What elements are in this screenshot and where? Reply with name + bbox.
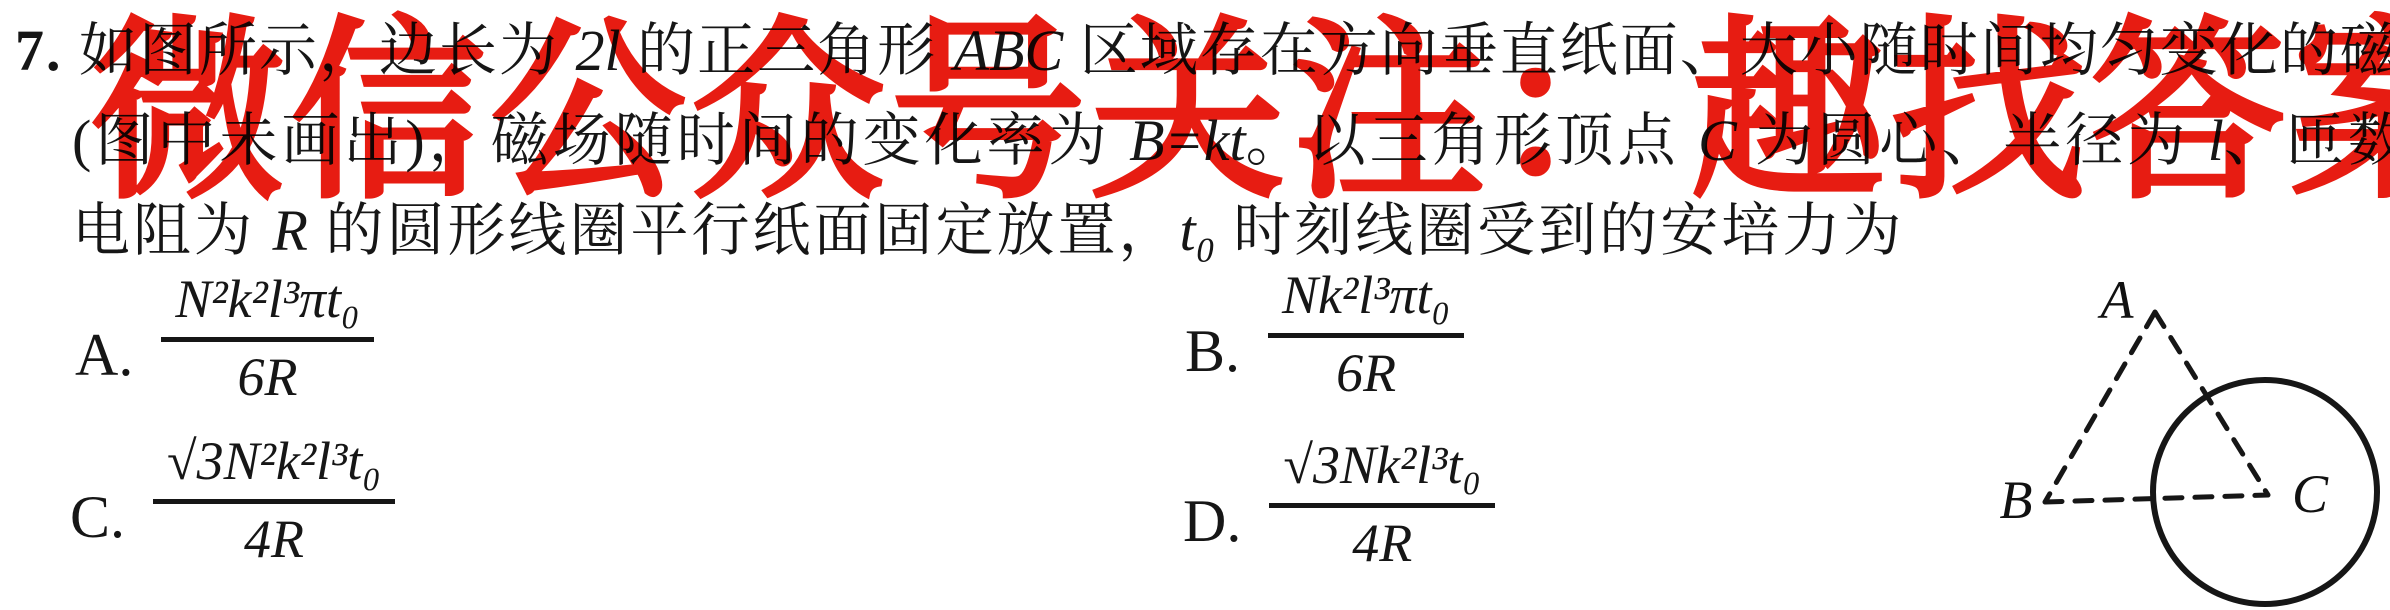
option-d-denominator: 4R: [1352, 508, 1412, 573]
option-d-label: D.: [1183, 487, 1241, 556]
exam-page: 7. 如图所示，边长为 2l 的正三角形 ABC 区域存在方向垂直纸面、大小随时…: [0, 0, 2390, 610]
text-segment: 。以三角形顶点: [1246, 108, 1699, 173]
text-segment: R: [273, 198, 308, 263]
text-segment: 如图所示，边长为: [79, 18, 576, 83]
question-line-1: 7. 如图所示，边长为 2l 的正三角形 ABC 区域存在方向垂直纸面、大小随时…: [15, 18, 2390, 85]
text-segment: (图中未画出)，磁场随时间的变化率为: [72, 108, 1129, 173]
text-segment: 的圆形线圈平行纸面固定放置，: [308, 198, 1180, 263]
option-a-numerator: N²k²l³πt₀: [161, 270, 373, 342]
text-segment: C: [1698, 108, 1737, 173]
option-c-label: C.: [70, 483, 125, 552]
option-a-denominator: 6R: [238, 342, 298, 407]
text-segment: 、匝数为: [2224, 108, 2390, 173]
option-a: A. N²k²l³πt₀ 6R: [75, 270, 374, 408]
option-a-label: A.: [75, 321, 133, 390]
text-segment: 2l: [576, 18, 621, 83]
text-segment: t₀: [1179, 198, 1215, 263]
option-d-fraction: √3Nk²l³t₀ 4R: [1269, 436, 1495, 574]
option-a-fraction: N²k²l³πt₀ 6R: [161, 270, 373, 408]
vertex-label-c: C: [2292, 464, 2329, 524]
text-segment: 区域存在方向垂直纸面、大小随时间均匀变化的磁场: [1063, 18, 2390, 83]
text-segment: 7.: [15, 18, 79, 83]
text-segment: l: [2208, 108, 2224, 173]
text-segment: ABC: [954, 18, 1064, 83]
option-b-denominator: 6R: [1336, 338, 1396, 403]
option-c-denominator: 4R: [244, 504, 304, 569]
option-c-fraction: √3N²k²l³t₀ 4R: [153, 432, 395, 570]
option-b-label: B.: [1185, 317, 1240, 386]
option-b-numerator: Nk²l³πt₀: [1268, 266, 1464, 338]
option-b-fraction: Nk²l³πt₀ 6R: [1268, 266, 1464, 404]
option-c: C. √3N²k²l³t₀ 4R: [70, 432, 395, 570]
question-line-3: 电阻为 R 的圆形线圈平行纸面固定放置，t₀ 时刻线圈受到的安培力为: [72, 198, 1904, 265]
triangle-circle-figure: A B C: [1950, 240, 2390, 610]
text-segment: B=kt: [1129, 108, 1245, 173]
vertex-label-b: B: [2000, 470, 2033, 530]
option-b: B. Nk²l³πt₀ 6R: [1185, 266, 1464, 404]
question-line-2: (图中未画出)，磁场随时间的变化率为 B=kt。以三角形顶点 C 为圆心、半径为…: [72, 108, 2390, 175]
text-segment: 的正三角形: [621, 18, 954, 83]
option-c-numerator: √3N²k²l³t₀: [153, 432, 395, 504]
option-d: D. √3Nk²l³t₀ 4R: [1183, 436, 1495, 574]
vertex-label-a: A: [2098, 270, 2135, 330]
option-d-numerator: √3Nk²l³t₀: [1269, 436, 1495, 508]
text-segment: 电阻为: [72, 198, 273, 263]
text-segment: 为圆心、半径为: [1737, 108, 2208, 173]
text-segment: 时刻线圈受到的安培力为: [1216, 198, 1905, 263]
